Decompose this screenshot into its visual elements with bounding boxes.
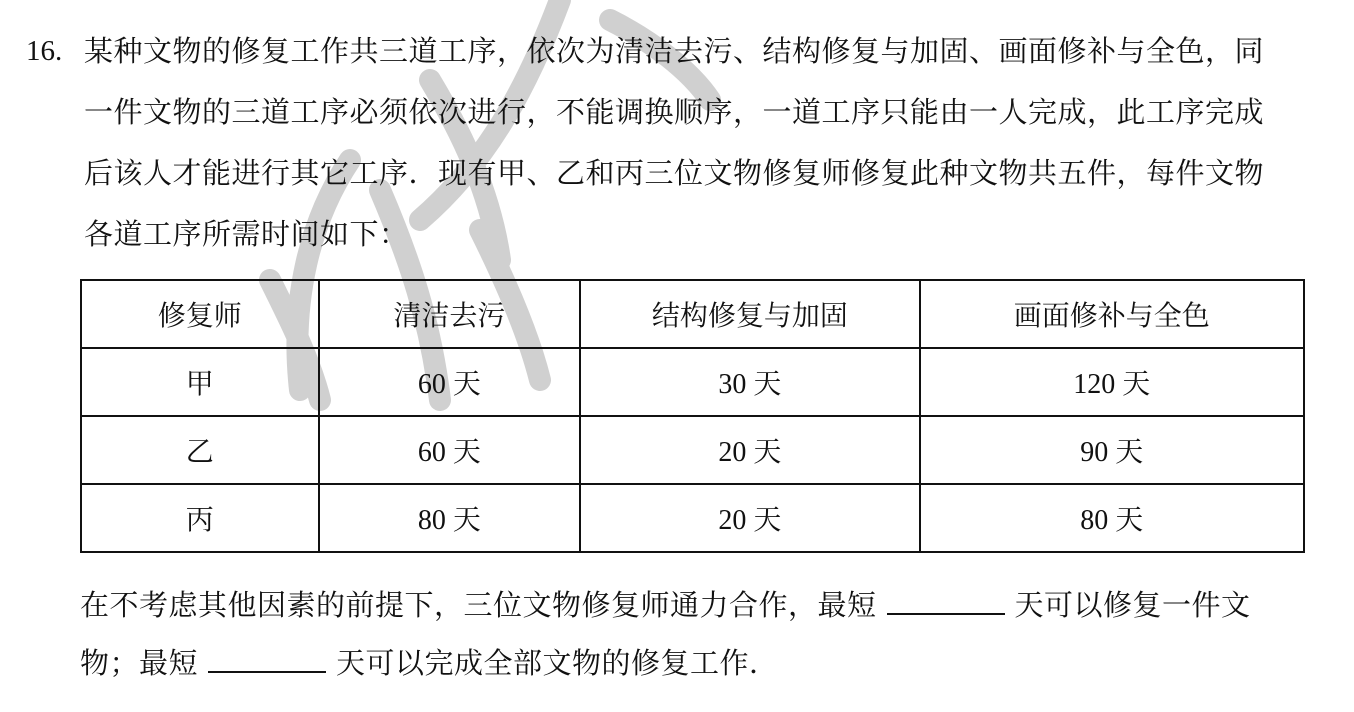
question-number: 16.	[26, 33, 62, 69]
restorer-name: 丙	[81, 484, 319, 552]
header-cleaning: 清洁去污	[319, 280, 581, 348]
intro-line-4: 各道工序所需时间如下：	[84, 216, 409, 252]
table-row: 丙 80 天 20 天 80 天	[81, 484, 1304, 552]
table-row: 乙 60 天 20 天 90 天	[81, 416, 1304, 484]
closing-text: 天可以修复一件文	[1015, 588, 1251, 622]
painting-time: 120 天	[920, 348, 1304, 416]
closing-text: 物；最短	[80, 646, 198, 680]
header-structure: 结构修复与加固	[580, 280, 919, 348]
closing-text: 天可以完成全部文物的修复工作．	[336, 646, 779, 680]
repair-times-table: 修复师 清洁去污 结构修复与加固 画面修补与全色 甲 60 天 30 天 120…	[80, 279, 1305, 553]
cleaning-time: 60 天	[319, 348, 581, 416]
intro-line-3: 后该人才能进行其它工序．现有甲、乙和丙三位文物修复师修复此种文物共五件，每件文物	[84, 155, 1264, 191]
closing-line-2: 物；最短天可以完成全部文物的修复工作．	[80, 643, 779, 681]
closing-line-1: 在不考虑其他因素的前提下，三位文物修复师通力合作，最短天可以修复一件文	[80, 585, 1251, 623]
restorer-name: 甲	[81, 348, 319, 416]
answer-blank-1[interactable]	[887, 585, 1005, 615]
answer-blank-2[interactable]	[208, 643, 326, 673]
header-painting: 画面修补与全色	[920, 280, 1304, 348]
intro-line-2: 一件文物的三道工序必须依次进行，不能调换顺序，一道工序只能由一人完成，此工序完成	[84, 94, 1264, 130]
cleaning-time: 80 天	[319, 484, 581, 552]
table-row: 甲 60 天 30 天 120 天	[81, 348, 1304, 416]
table-header-row: 修复师 清洁去污 结构修复与加固 画面修补与全色	[81, 280, 1304, 348]
cleaning-time: 60 天	[319, 416, 581, 484]
header-restorer: 修复师	[81, 280, 319, 348]
restorer-name: 乙	[81, 416, 319, 484]
closing-text: 在不考虑其他因素的前提下，三位文物修复师通力合作，最短	[80, 588, 877, 622]
intro-line-1: 某种文物的修复工作共三道工序，依次为清洁去污、结构修复与加固、画面修补与全色，同	[84, 33, 1264, 69]
painting-time: 80 天	[920, 484, 1304, 552]
painting-time: 90 天	[920, 416, 1304, 484]
structure-time: 20 天	[580, 416, 919, 484]
structure-time: 30 天	[580, 348, 919, 416]
structure-time: 20 天	[580, 484, 919, 552]
